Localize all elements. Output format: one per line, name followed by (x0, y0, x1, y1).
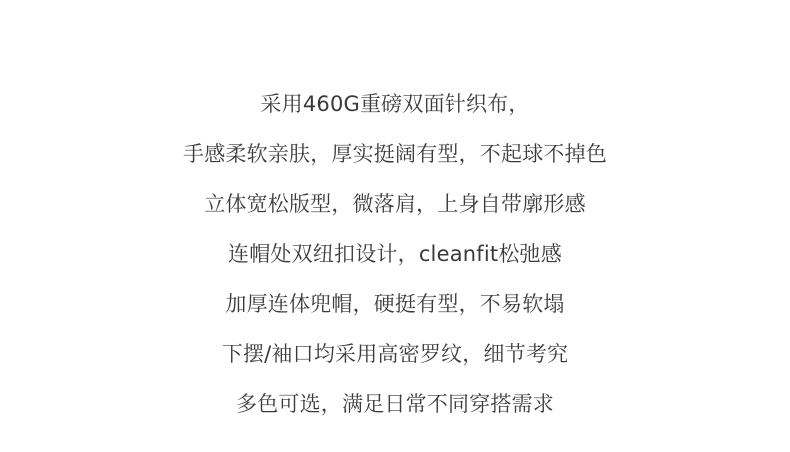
description-line-ribbing: 下摆/袖口均采用高密罗纹，细节考究 (0, 336, 790, 386)
description-line-feel: 手感柔软亲肤，厚实挺阔有型，不起球不掉色 (0, 136, 790, 186)
product-description: 采用460G重磅双面针织布， 手感柔软亲肤，厚实挺阔有型，不起球不掉色 立体宽松… (0, 86, 790, 436)
description-line-fabric: 采用460G重磅双面针织布， (0, 86, 790, 136)
description-line-hood-buttons: 连帽处双纽扣设计，cleanfit松弛感 (0, 236, 790, 286)
description-line-fit: 立体宽松版型，微落肩，上身自带廓形感 (0, 186, 790, 236)
description-line-colors: 多色可选，满足日常不同穿搭需求 (0, 386, 790, 436)
description-line-hood: 加厚连体兜帽，硬挺有型，不易软塌 (0, 286, 790, 336)
